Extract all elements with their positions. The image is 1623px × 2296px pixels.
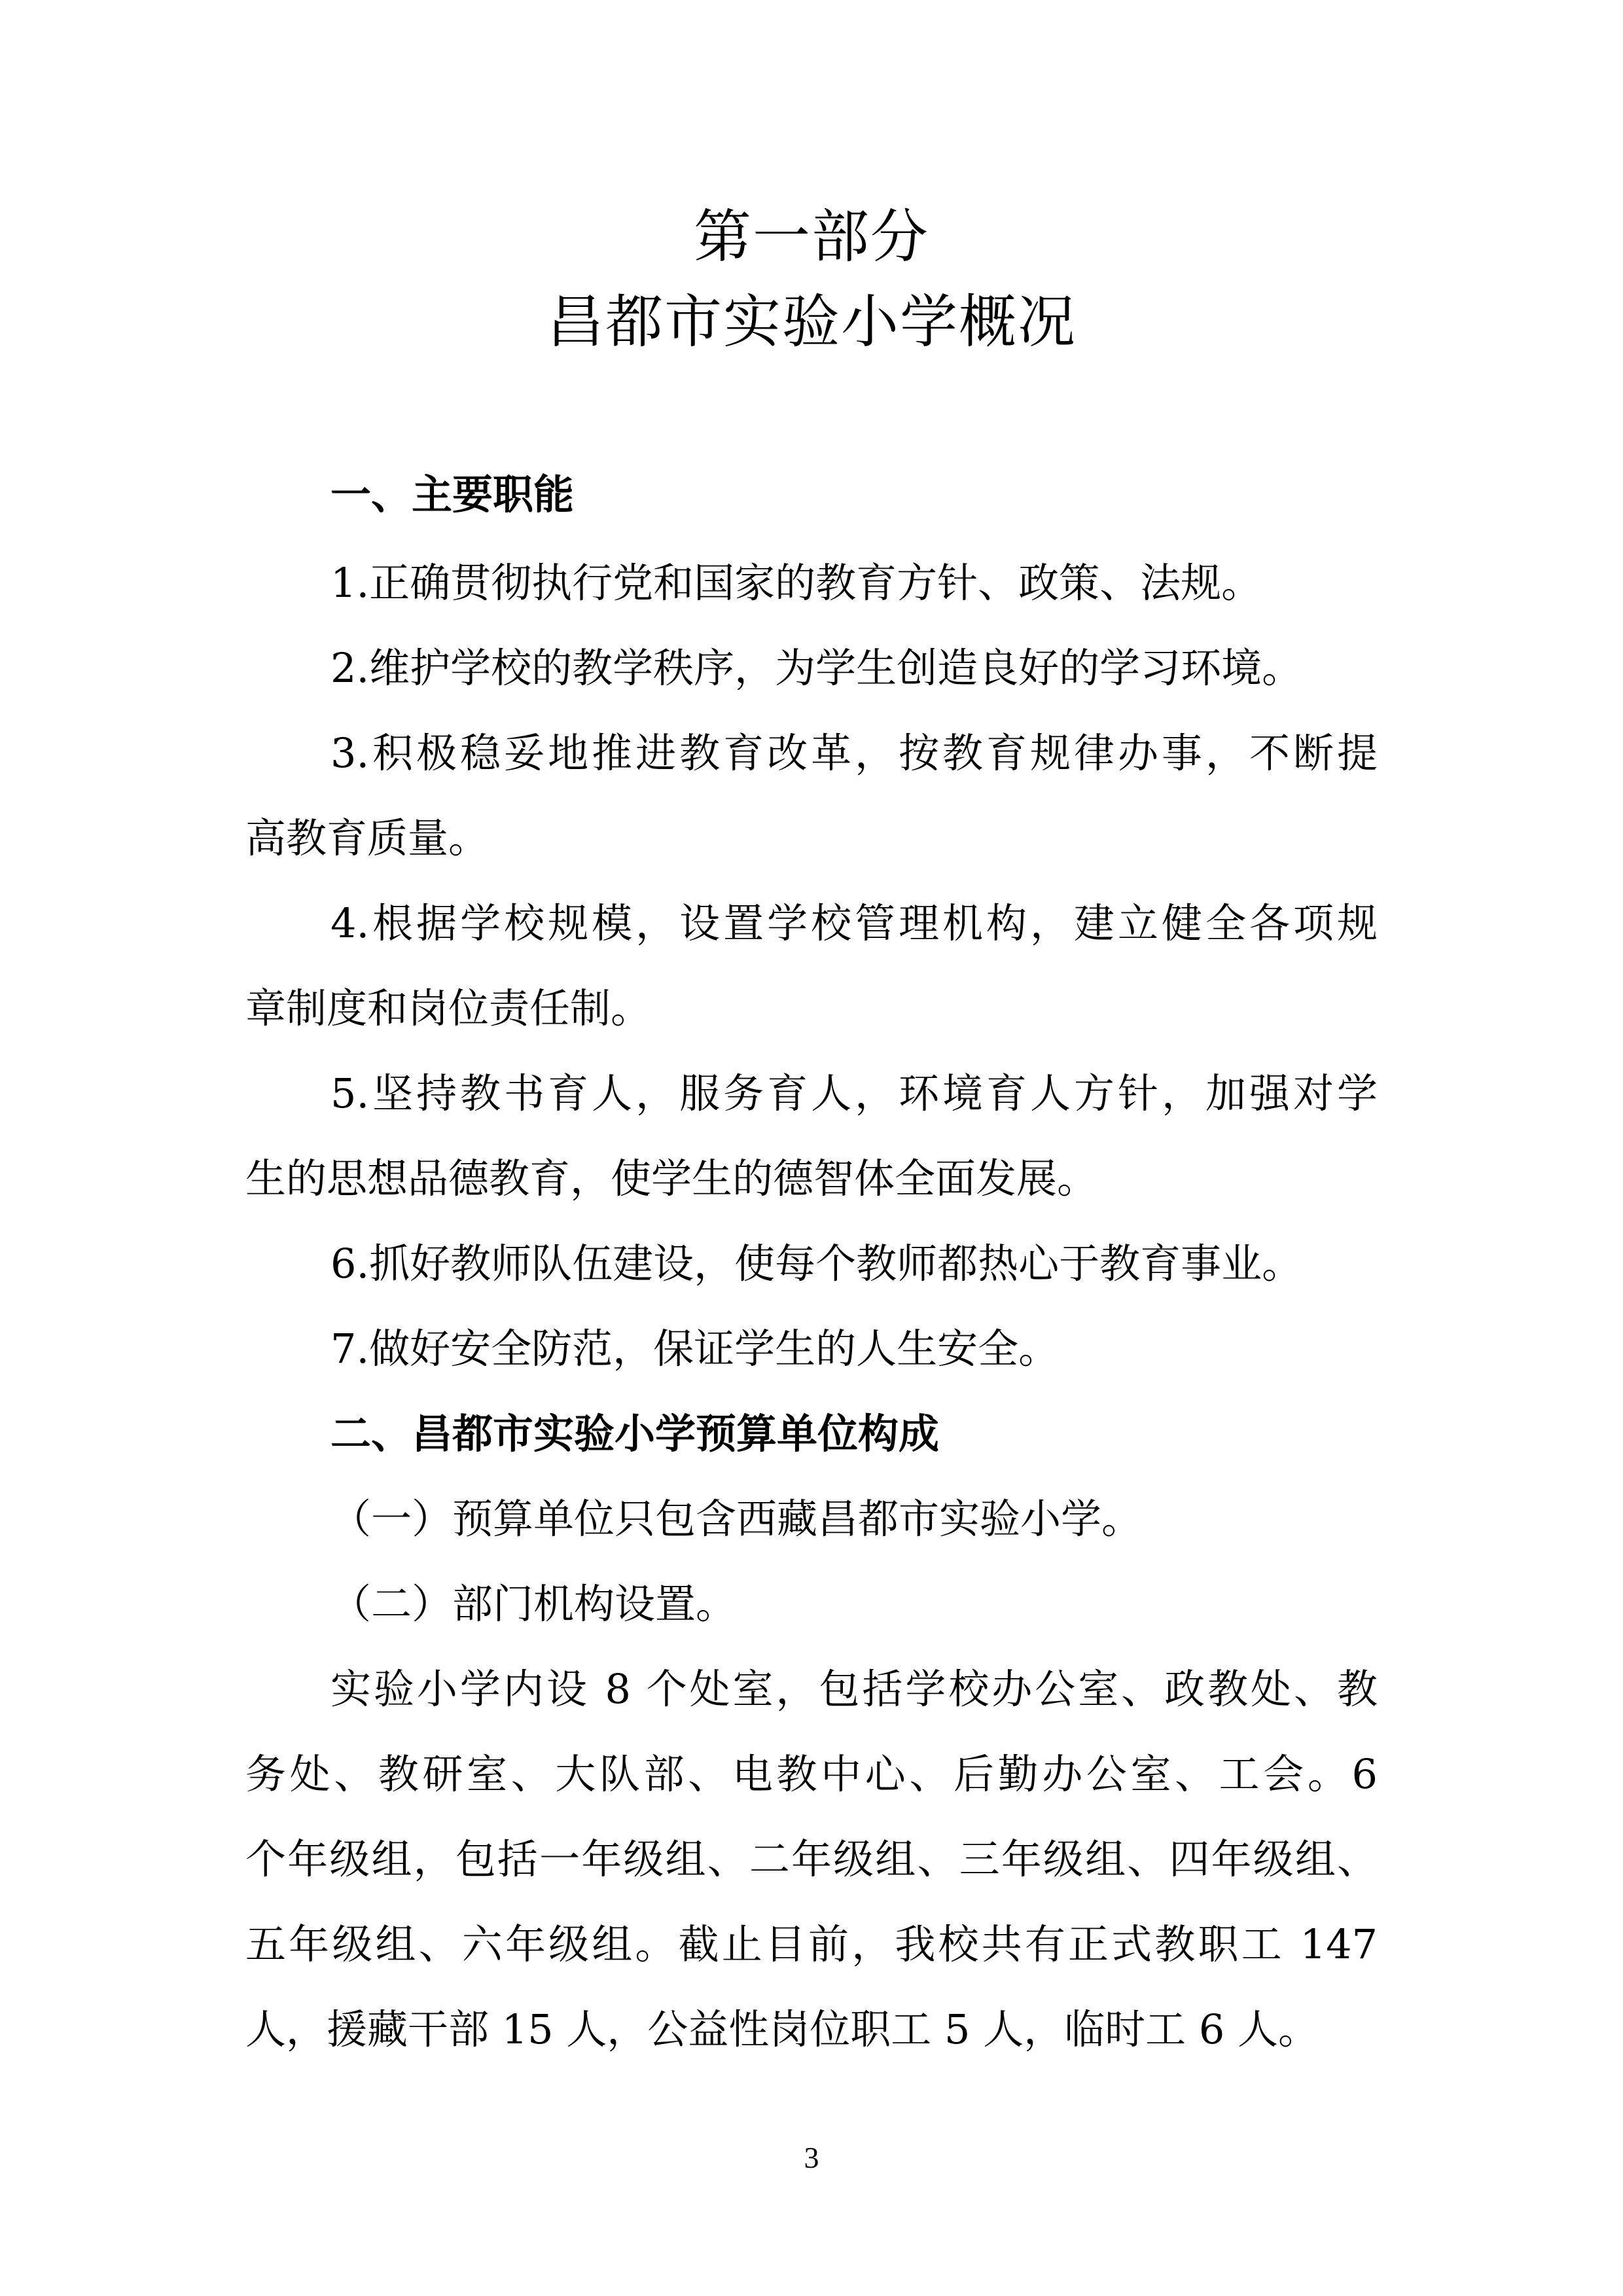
section-heading-budget-units: 二、昌都市实验小学预算单位构成 <box>330 1414 939 1454</box>
org-paragraph-line-4: 五年级组、六年级组。截止目前，我校共有正式教职工 147 <box>245 1924 1378 1965</box>
org-paragraph-line-2: 务处、教研室、大队部、电教中心、后勤办公室、工会。6 <box>245 1754 1378 1795</box>
budget-unit-item-1: （一）预算单位只包含西藏昌都市实验小学。 <box>330 1499 1142 1539</box>
function-item-4-line-2: 章制度和岗位责任制。 <box>245 988 651 1029</box>
main-title: 昌都市实验小学概况 <box>0 293 1623 351</box>
budget-unit-item-2: （二）部门机构设置。 <box>330 1584 736 1624</box>
function-item-5-line-2: 生的思想品德教育，使学生的德智体全面发展。 <box>245 1158 1097 1199</box>
document-page: 第一部分 昌都市实验小学概况 一、主要职能 1.正确贯彻执行党和国家的教育方针、… <box>0 0 1623 2296</box>
function-item-6: 6.抓好教师队伍建设，使每个教师都热心于教育事业。 <box>330 1244 1302 1284</box>
page-number: 3 <box>0 2140 1623 2175</box>
function-item-5-line-1: 5.坚持教书育人，服务育人，环境育人方针，加强对学 <box>330 1073 1378 1114</box>
function-item-4-line-1: 4.根据学校规模，设置学校管理机构，建立健全各项规 <box>330 903 1378 944</box>
org-paragraph-line-5: 人，援藏干部 15 人，公益性岗位职工 5 人，临时工 6 人。 <box>245 2009 1319 2050</box>
function-item-3-line-2: 高教育质量。 <box>245 818 489 859</box>
function-item-1: 1.正确贯彻执行党和国家的教育方针、政策、法规。 <box>330 563 1262 603</box>
function-item-3-line-1: 3.积极稳妥地推进教育改革，按教育规律办事，不断提 <box>330 733 1378 774</box>
function-item-2: 2.维护学校的教学秩序，为学生创造良好的学习环境。 <box>330 648 1302 689</box>
org-paragraph-line-1: 实验小学内设 8 个处室，包括学校办公室、政教处、教 <box>330 1669 1378 1710</box>
part-title: 第一部分 <box>0 208 1623 266</box>
function-item-7: 7.做好安全防范，保证学生的人生安全。 <box>330 1329 1059 1369</box>
section-heading-main-functions: 一、主要职能 <box>330 475 574 515</box>
org-paragraph-line-3: 个年级组，包括一年级组、二年级组、三年级组、四年级组、 <box>245 1839 1378 1880</box>
